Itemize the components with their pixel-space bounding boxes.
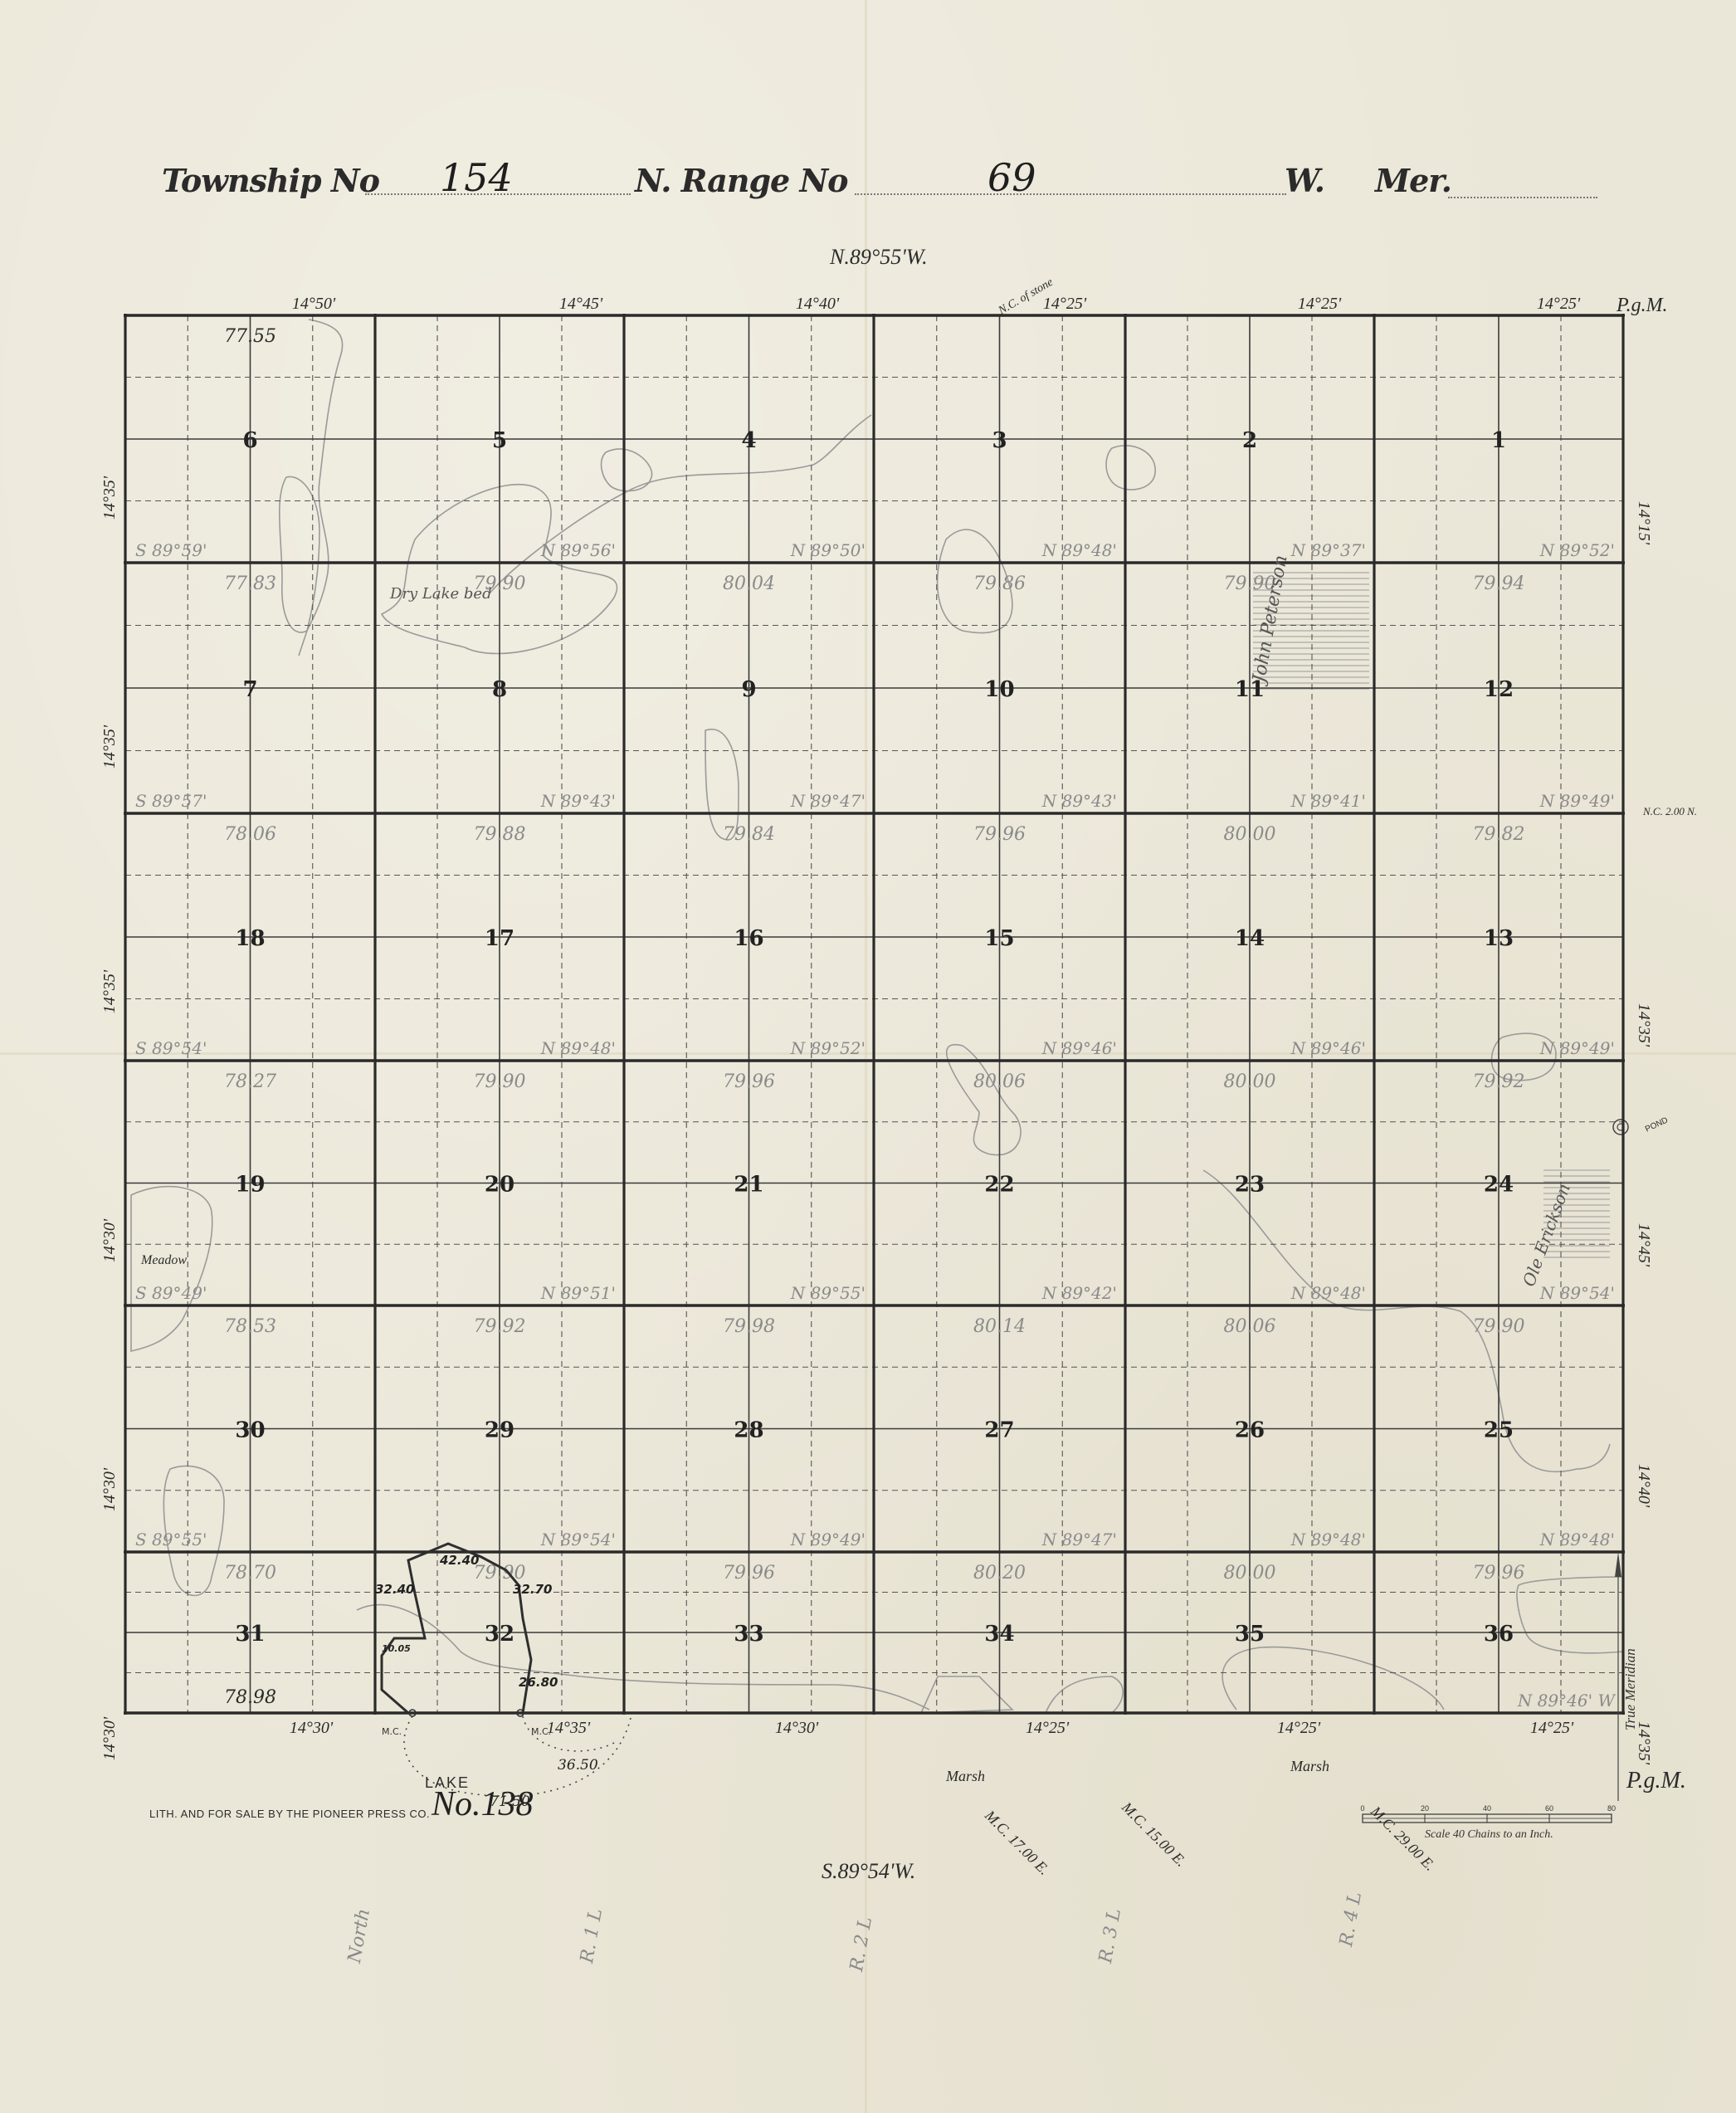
line-distance: 78.98 <box>224 1687 276 1708</box>
section-number: 24 <box>1484 1173 1514 1198</box>
section-number: 22 <box>984 1173 1014 1198</box>
section-number: 9 <box>741 677 756 702</box>
line-bearing: N 89°51' <box>540 1283 616 1303</box>
bottom-declination: 14°30' <box>775 1719 819 1737</box>
bottom-declination: 14°25' <box>1530 1719 1574 1737</box>
left-declination: 14°30' <box>100 1467 119 1511</box>
line-bearing: N 89°46' W <box>1517 1691 1617 1710</box>
section-number: 19 <box>235 1173 265 1198</box>
line-distance: 80.00 <box>1224 1563 1276 1584</box>
marsh-label-1: Marsh <box>946 1768 985 1785</box>
right-declination: 14°40' <box>1635 1464 1653 1508</box>
line-distance: 78.70 <box>224 1563 276 1584</box>
line-distance: 79.90 <box>1473 1316 1525 1337</box>
line-bearing: N 89°42' <box>1041 1283 1117 1303</box>
line-distance: 79.94 <box>1473 573 1525 594</box>
section-number: 6 <box>242 428 257 453</box>
marsh-outline-section-6 <box>280 476 319 632</box>
section-number: 20 <box>485 1173 514 1198</box>
line-bearing: N 89°41' <box>1290 791 1366 811</box>
line-bearing: N 89°47' <box>790 791 866 811</box>
bottom-declination: 14°30' <box>290 1719 334 1737</box>
features-layer <box>131 320 1628 1713</box>
pgm-note-bottom: P.g.M. <box>1626 1768 1686 1794</box>
section-number: 28 <box>734 1418 763 1443</box>
meander-corner-label: M.C. <box>382 1726 402 1737</box>
line-bearing: N 89°54' <box>540 1530 616 1549</box>
line-distance: 79.92 <box>1473 1071 1525 1092</box>
scale-tick-label: 60 <box>1545 1804 1553 1813</box>
section-number: 32 <box>485 1622 514 1647</box>
line-distance: 80.00 <box>1224 824 1276 845</box>
left-declination: 14°35' <box>100 969 119 1013</box>
line-distance: 79.88 <box>474 824 526 845</box>
line-distance: 77.83 <box>224 573 276 594</box>
line-distance: 79.84 <box>723 824 775 845</box>
true-meridian-label: True Meridian <box>1622 1648 1639 1730</box>
line-distance: 80.00 <box>1224 1071 1276 1092</box>
line-distance: 80.14 <box>973 1316 1026 1337</box>
section-grid <box>124 314 1625 1715</box>
section-number: 27 <box>984 1418 1014 1443</box>
meander-distance: 32.70 <box>513 1582 552 1597</box>
section-number: 30 <box>235 1418 265 1443</box>
marsh-outline-section-35 <box>1222 1647 1444 1710</box>
top-declination: 14°25' <box>1537 295 1581 313</box>
line-distance: 79.90 <box>474 1071 526 1092</box>
pgm-note-top: P.g.M. <box>1617 295 1668 317</box>
creek-north <box>490 415 871 593</box>
scale-caption: Scale 40 Chains to an Inch. <box>1425 1828 1553 1842</box>
scale-tick-label: 80 <box>1607 1804 1616 1813</box>
line-bearing: N 89°43' <box>1041 791 1117 811</box>
north-arrow-icon <box>1615 1552 1621 1577</box>
line-bearing: N 89°48' <box>1290 1530 1366 1549</box>
line-bearing: N 89°49' <box>790 1530 866 1549</box>
line-distance: 78.27 <box>224 1071 276 1092</box>
section-number: 18 <box>235 926 265 951</box>
line-distance: 79.96 <box>723 1563 775 1584</box>
top-declination: 14°25' <box>1298 295 1342 313</box>
section-number: 10 <box>984 677 1014 702</box>
line-bearing: S 89°54' <box>135 1038 207 1058</box>
section-number: 23 <box>1235 1173 1265 1198</box>
section-number: 12 <box>1484 677 1514 702</box>
marsh-outline-section-34 <box>921 1676 1012 1713</box>
line-bearing: N 89°52' <box>790 1038 866 1058</box>
dry-lake-bed-label: Dry Lake bed <box>390 585 492 603</box>
top-declination: 14°25' <box>1043 295 1087 313</box>
left-declination: 14°30' <box>100 1716 119 1760</box>
section-labels: 6543217891011121817161514131920212223243… <box>100 295 1653 1765</box>
section-number: 7 <box>242 677 257 702</box>
meander-corner-label: M.C. <box>531 1726 551 1737</box>
meander-distance: 10.05 <box>382 1643 411 1654</box>
creek-south <box>357 1605 929 1710</box>
section-number: 4 <box>741 428 756 453</box>
line-distance: 79.92 <box>474 1316 526 1337</box>
right-declination: 14°45' <box>1635 1223 1653 1267</box>
line-distance: 79.96 <box>973 824 1026 845</box>
meander-distance: 42.40 <box>439 1553 479 1568</box>
line-bearing: N 89°48' <box>1041 540 1117 560</box>
section-number: 21 <box>734 1173 763 1198</box>
section-number: 16 <box>734 926 763 951</box>
marsh-outline-section-34b <box>1046 1676 1123 1713</box>
line-distance: 80.04 <box>723 573 775 594</box>
line-bearing: S 89°55' <box>135 1530 207 1549</box>
line-bearing: N 89°56' <box>540 540 616 560</box>
section-number: 1 <box>1491 428 1506 453</box>
line-bearing: S 89°49' <box>135 1283 207 1303</box>
imprint-text: LITH. AND FOR SALE BY THE PIONEER PRESS … <box>149 1808 430 1820</box>
line-distance: 79.96 <box>1473 1563 1525 1584</box>
section-number: 25 <box>1484 1418 1514 1443</box>
line-bearing: N 89°47' <box>1041 1530 1117 1549</box>
line-bearing: S 89°57' <box>135 791 207 811</box>
chord-inner-distance: 36.50 <box>558 1757 598 1774</box>
line-distance: 80.06 <box>1224 1316 1276 1337</box>
section-number: 2 <box>1242 428 1257 453</box>
marsh-label-2: Marsh <box>1290 1758 1329 1775</box>
line-distance: 79.96 <box>723 1071 775 1092</box>
section-number: 14 <box>1235 926 1265 951</box>
line-bearing: N 89°43' <box>540 791 616 811</box>
line-bearing: N 89°52' <box>1539 540 1615 560</box>
section-number: 13 <box>1484 926 1514 951</box>
scale-tick-label: 20 <box>1421 1804 1429 1813</box>
marsh-outline-section-3 <box>1106 446 1155 490</box>
meander-distance: 26.80 <box>519 1675 558 1690</box>
section-number: 5 <box>492 428 507 453</box>
section-number: 3 <box>992 428 1007 453</box>
line-distance: 79.86 <box>973 573 1026 594</box>
line-distance: 79.98 <box>723 1316 775 1337</box>
marsh-strip-outline <box>299 320 343 656</box>
marsh-outline-section-36 <box>1517 1577 1623 1653</box>
scale-tick-label: 0 <box>1360 1804 1364 1813</box>
line-distance: 77.55 <box>224 326 276 347</box>
section-number: 31 <box>235 1622 265 1647</box>
bottom-declination: 14°35' <box>547 1719 591 1737</box>
line-bearing: N 89°54' <box>1539 1283 1615 1303</box>
line-bearing: N 89°49' <box>1539 791 1615 811</box>
line-bearing: N 89°48' <box>1539 1530 1615 1549</box>
nc-right-note: N.C. 2.00 N. <box>1643 805 1697 818</box>
line-bearing: S 89°59' <box>135 540 207 560</box>
section-number: 35 <box>1235 1622 1265 1647</box>
section-number: 34 <box>984 1622 1014 1647</box>
line-bearing: N 89°37' <box>1290 540 1366 560</box>
section-number: 15 <box>984 926 1014 951</box>
meadow-label: Meadow <box>141 1253 187 1268</box>
right-declination: 14°35' <box>1635 1003 1653 1047</box>
section-number: 36 <box>1484 1622 1514 1647</box>
top-declination: 14°50' <box>292 295 336 313</box>
section-number: 8 <box>492 677 507 702</box>
lake-meander-survey: 42.4032.4032.7010.0526.80M.C.M.C.36.5071… <box>375 1544 631 1810</box>
meadow-outline <box>131 1187 212 1351</box>
marsh-outline-section-16 <box>705 730 739 840</box>
line-distance: 78.06 <box>224 824 276 845</box>
line-bearing: N 89°48' <box>1290 1283 1366 1303</box>
top-declination: 14°40' <box>796 295 840 313</box>
bottom-declination: 14°25' <box>1026 1719 1070 1737</box>
left-declination: 14°35' <box>100 725 119 769</box>
line-bearing: N 89°46' <box>1041 1038 1117 1058</box>
line-bearing: N 89°48' <box>540 1038 616 1058</box>
line-bearing: N 89°49' <box>1539 1038 1615 1058</box>
line-distance: 80.20 <box>973 1563 1026 1584</box>
line-bearing: N 89°50' <box>790 540 866 560</box>
line-bearing: N 89°46' <box>1290 1038 1366 1058</box>
meander-distance: 32.40 <box>375 1582 414 1597</box>
right-declination: 14°15' <box>1635 501 1653 545</box>
section-number: 29 <box>485 1418 514 1443</box>
section-number: 33 <box>734 1622 763 1647</box>
line-distance: 79.82 <box>1473 824 1525 845</box>
section-number: 17 <box>485 926 514 951</box>
line-distance: 78.53 <box>224 1316 276 1337</box>
line-distance: 80.06 <box>973 1071 1026 1092</box>
top-declination: 14°45' <box>559 295 603 313</box>
section-number: 26 <box>1235 1418 1265 1443</box>
scale-tick-label: 40 <box>1483 1804 1491 1813</box>
left-declination: 14°35' <box>100 476 119 520</box>
bottom-declination: 14°25' <box>1277 1719 1321 1737</box>
lake-label: LAKE <box>425 1774 470 1792</box>
left-declination: 14°30' <box>100 1218 119 1262</box>
line-bearing: N 89°55' <box>790 1283 866 1303</box>
township-plat-map: 6543217891011121817161514131920212223243… <box>0 0 1736 2113</box>
